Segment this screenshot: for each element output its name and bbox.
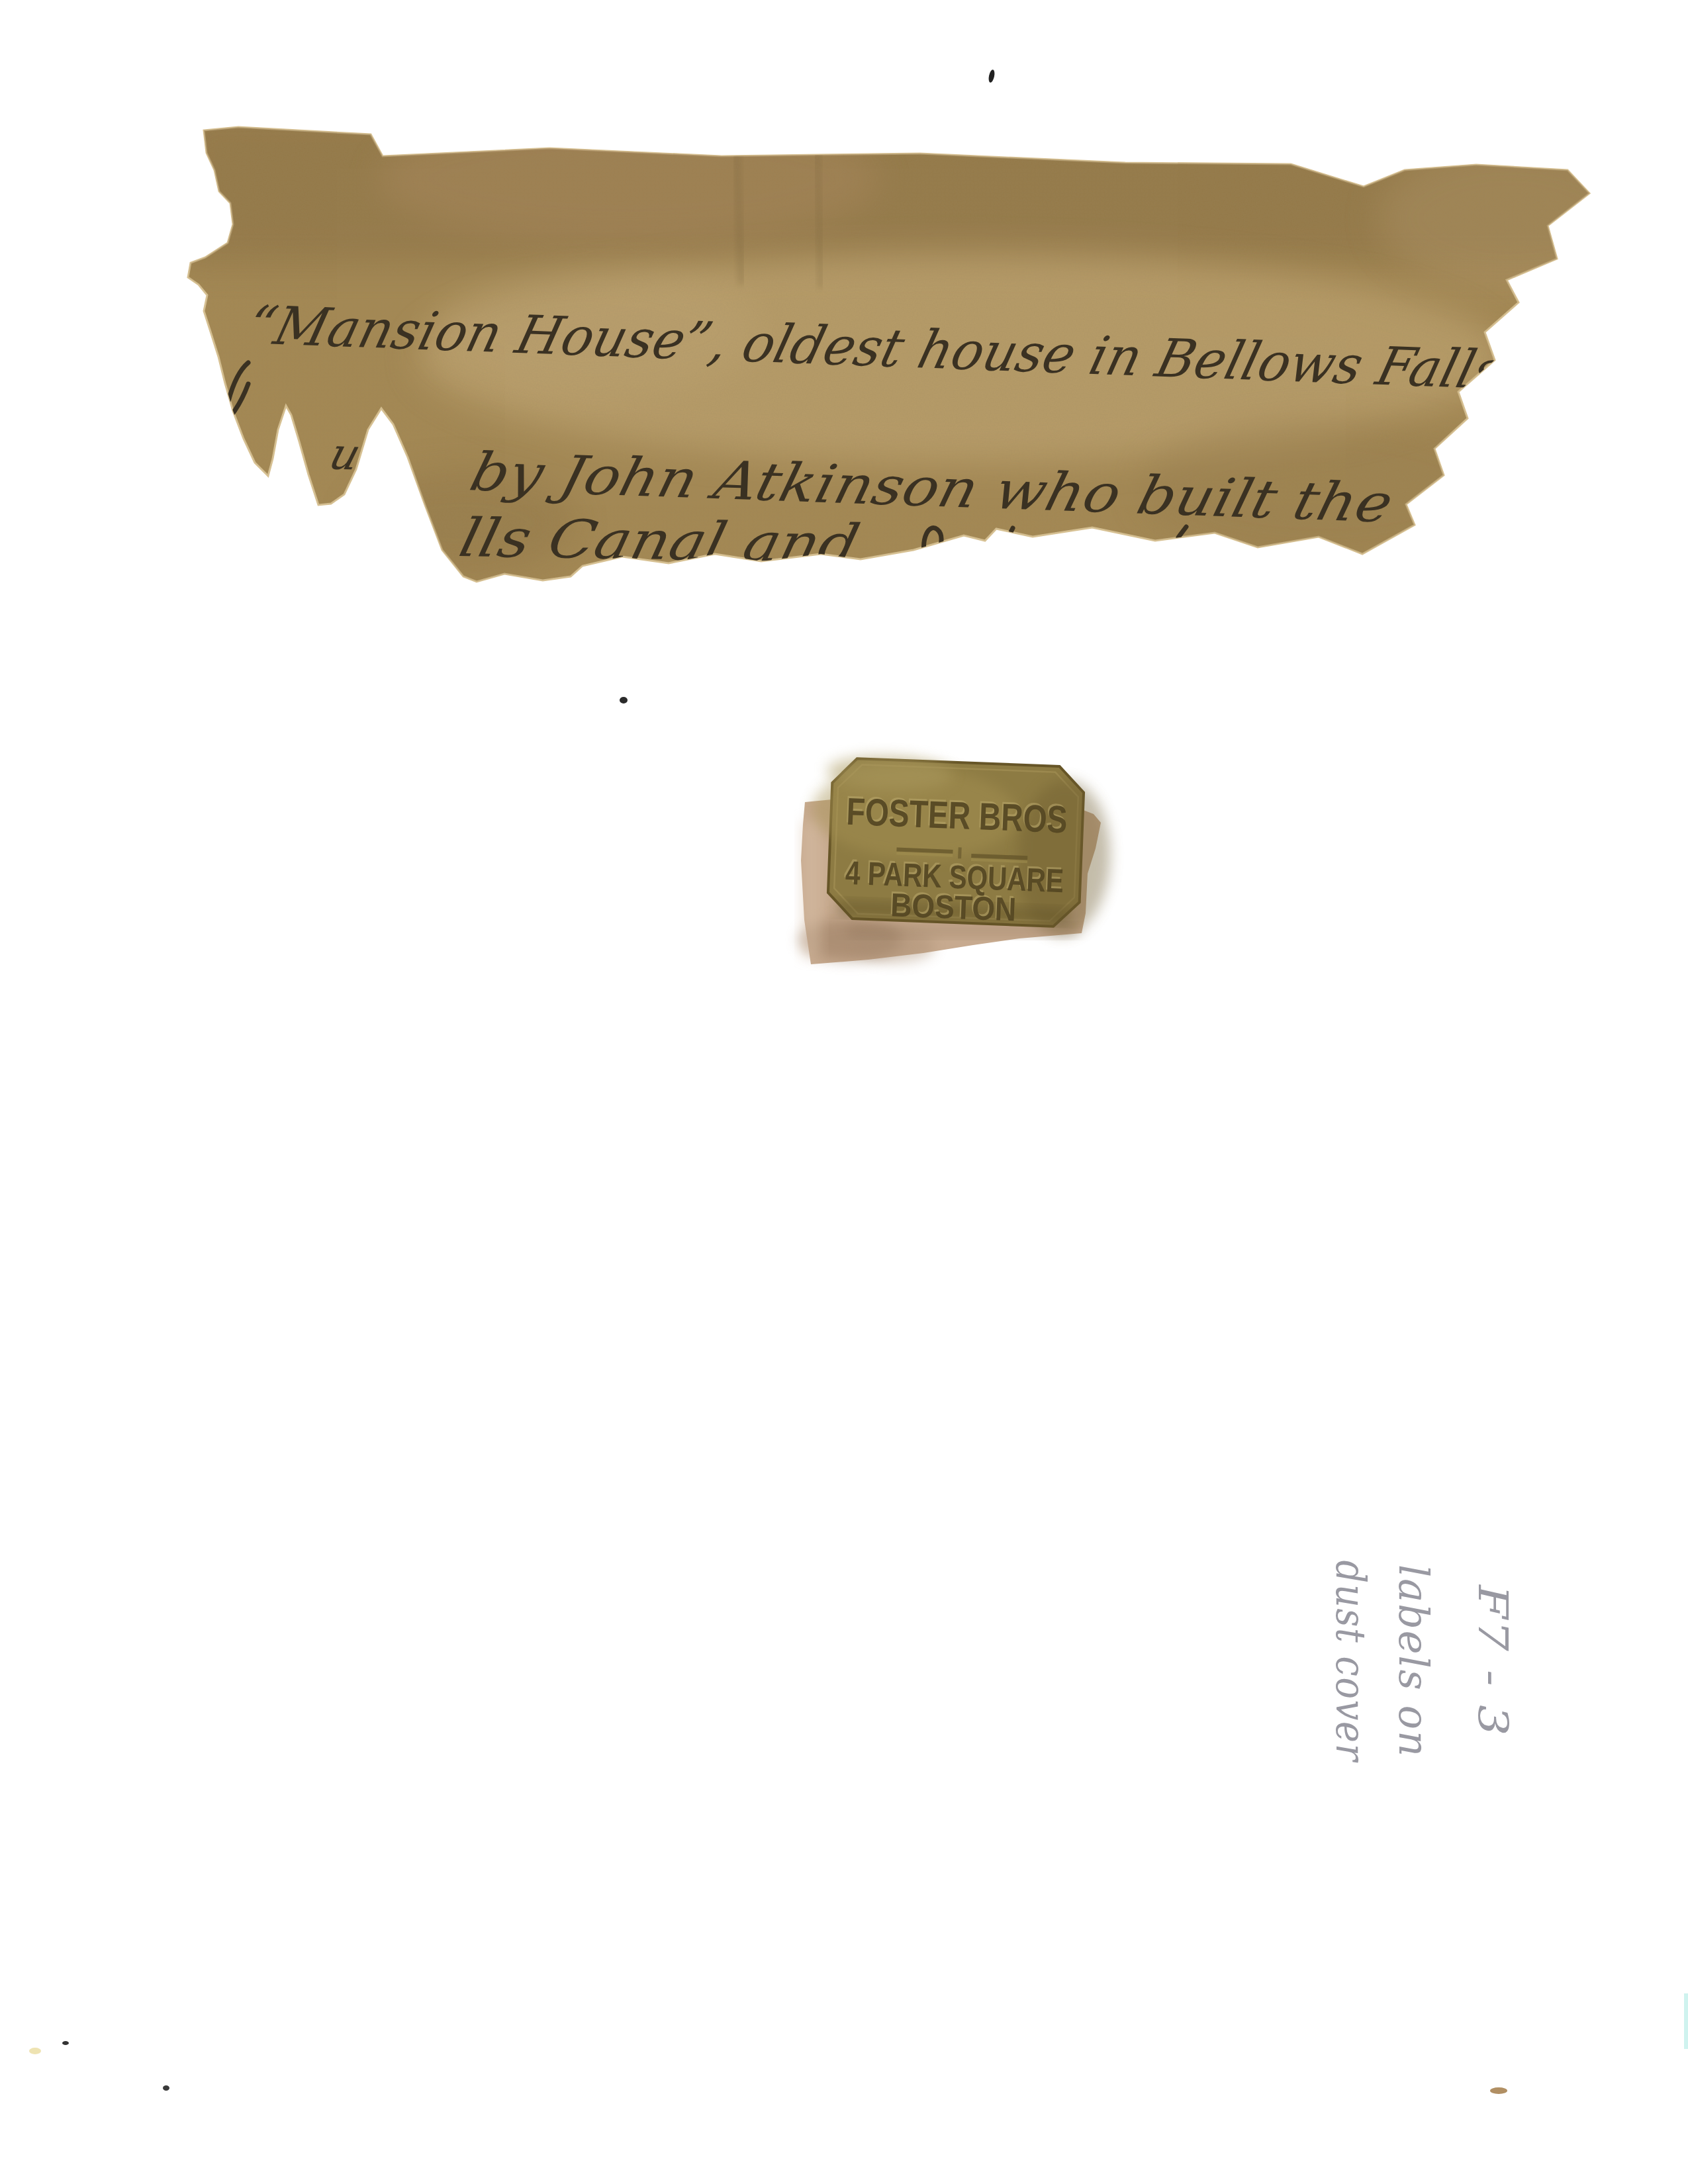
dust-speck (29, 2048, 41, 2054)
scanned-page: “Mansion House”, oldest house in Bellows… (0, 0, 1688, 2184)
plate-line-3: BOSTON (890, 886, 1017, 928)
scan-edge-artifact (1684, 1993, 1688, 2049)
dust-speck (163, 2085, 169, 2091)
pencil-line-2: labels on (1389, 1565, 1438, 1758)
plate-line-1: FOSTER BROS (845, 790, 1068, 842)
pencil-annotation: F7 - 3 labels on dust cover (1327, 1561, 1517, 1763)
dust-speck (988, 69, 996, 83)
dust-speck (620, 697, 628, 704)
torn-note-fragment: “Mansion House”, oldest house in Bellows… (179, 106, 1642, 622)
scan-canvas: “Mansion House”, oldest house in Bellows… (0, 0, 1688, 2184)
dust-speck (62, 2041, 69, 2045)
dust-speck (1490, 2087, 1507, 2094)
foster-bros-plate: FOSTER BROS 4 PARK SQUARE BOSTON FOSTER … (808, 753, 1114, 938)
pencil-line-1: F7 - 3 (1469, 1584, 1517, 1737)
pencil-line-3: dust cover (1327, 1561, 1375, 1763)
handwriting-line-3: lls Canal and (453, 508, 865, 575)
foster-bros-label: FOSTER BROS 4 PARK SQUARE BOSTON FOSTER … (799, 753, 1114, 964)
